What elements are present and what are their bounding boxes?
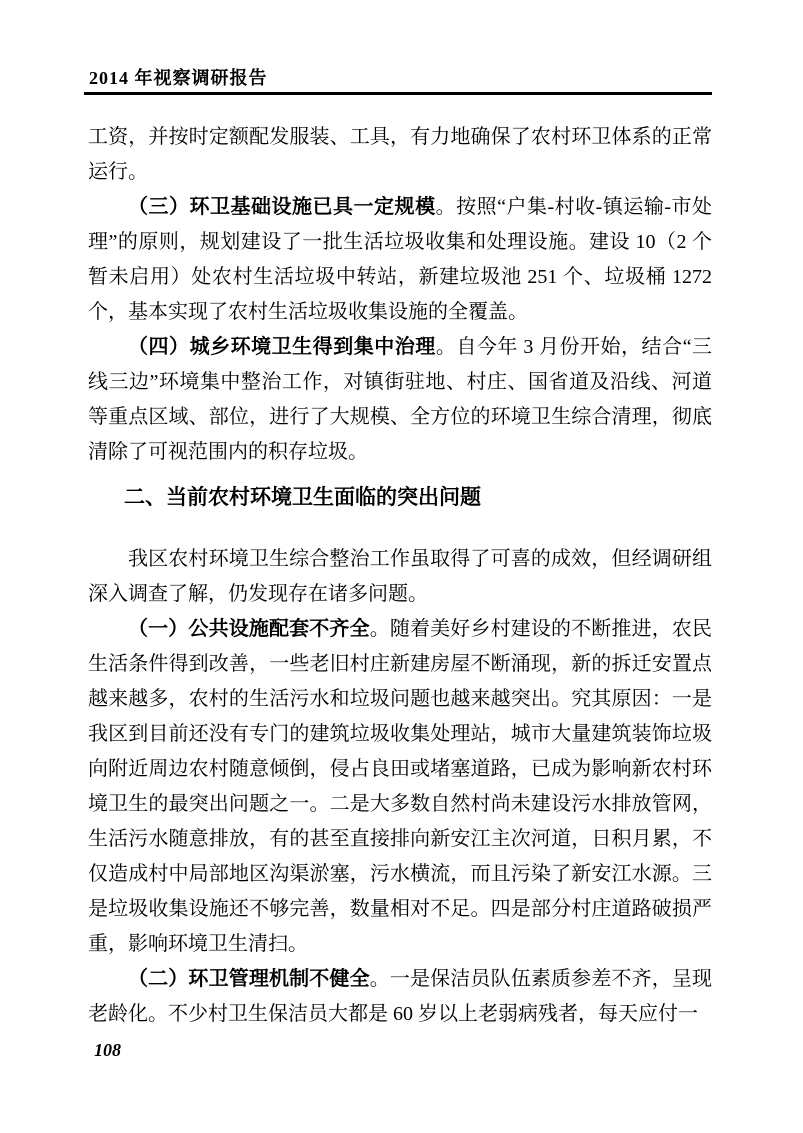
paragraph-bold-label: （二）环卫管理机制不健全 xyxy=(128,968,370,990)
document-page: 2014 年视察调研报告 工资，并按时定额配发服装、工具，有力地确保了农村环卫体… xyxy=(0,0,803,1133)
paragraph-item-4: （四）城乡环境卫生得到集中治理。自今年 3 月份开始，结合“三线三边”环境集中整… xyxy=(88,330,712,470)
header-divider-rule xyxy=(84,92,712,95)
paragraph-continuation: 工资，并按时定额配发服装、工具，有力地确保了农村环卫体系的正常运行。 xyxy=(88,120,712,190)
paragraph-item-1: （一）公共设施配套不齐全。随着美好乡村建设的不断推进，农民生活条件得到改善，一些… xyxy=(88,612,712,962)
document-body: 工资，并按时定额配发服装、工具，有力地确保了农村环卫体系的正常运行。 （三）环卫… xyxy=(88,120,712,1032)
paragraph-bold-label: （四）城乡环境卫生得到集中治理 xyxy=(128,336,436,358)
page-number: 108 xyxy=(94,1040,121,1061)
paragraph-item-2: （二）环卫管理机制不健全。一是保洁员队伍素质参差不齐，呈现老龄化。不少村卫生保洁… xyxy=(88,962,712,1032)
paragraph-text: 我区农村环境卫生综合整治工作虽取得了可喜的成效，但经调研组深入调查了解，仍发现存… xyxy=(88,548,712,605)
paragraph-bold-label: （一）公共设施配套不齐全 xyxy=(128,618,370,640)
paragraph-text: 。随着美好乡村建设的不断推进，农民生活条件得到改善，一些老旧村庄新建房屋不断涌现… xyxy=(88,618,712,955)
paragraph-intro: 我区农村环境卫生综合整治工作虽取得了可喜的成效，但经调研组深入调查了解，仍发现存… xyxy=(88,542,712,612)
running-head-title: 2014 年视察调研报告 xyxy=(89,64,268,90)
section-heading-2: 二、当前农村环境卫生面临的突出问题 xyxy=(88,480,712,515)
paragraph-text: 工资，并按时定额配发服装、工具，有力地确保了农村环卫体系的正常运行。 xyxy=(88,126,712,183)
paragraph-item-3: （三）环卫基础设施已具一定规模。按照“户集-村收-镇运输-市处理”的原则，规划建… xyxy=(88,190,712,330)
paragraph-bold-label: （三）环卫基础设施已具一定规模 xyxy=(128,196,436,218)
